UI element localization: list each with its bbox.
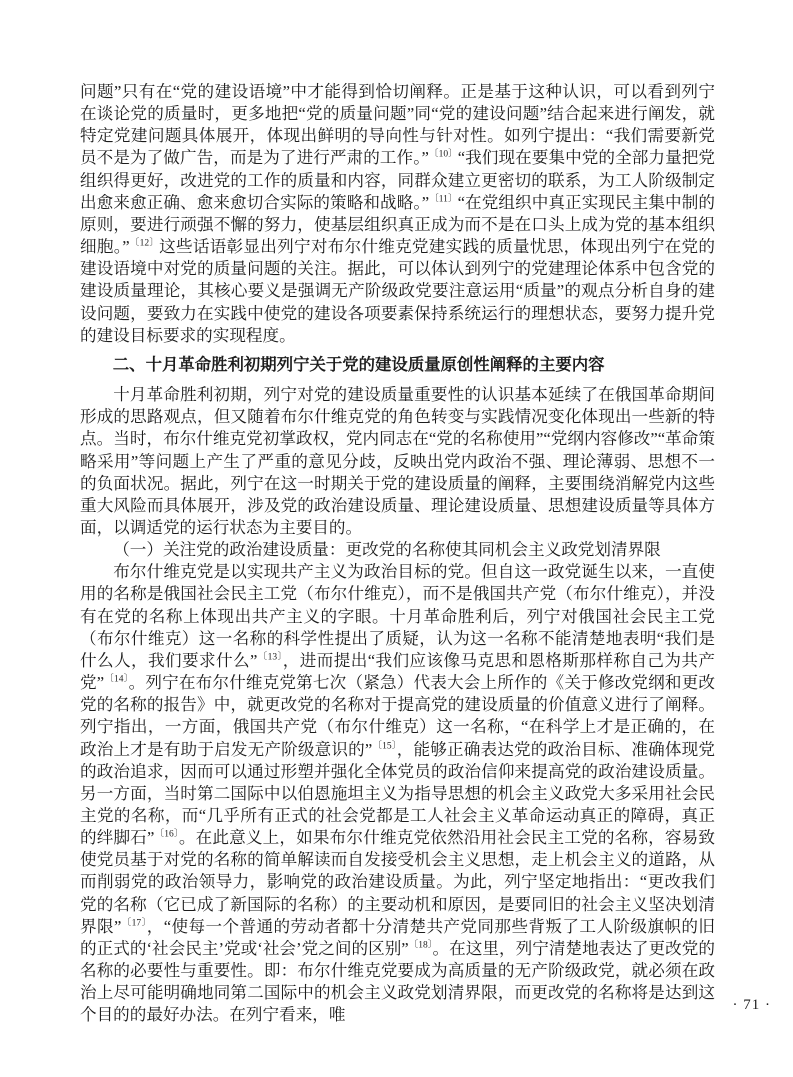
- page-number: · 71 ·: [733, 997, 772, 1014]
- paragraph: 问题”只有在“党的建设语境”中才能得到恰切阐释。正是基于这种认识，可以看到列宁在…: [80, 81, 715, 347]
- footnote-ref: 〔16〕: [154, 830, 178, 840]
- footnote-ref: 〔12〕: [130, 239, 160, 249]
- paragraph: 十月革命胜利初期，列宁对党的建设质量重要性的认识基本延续了在俄国革命期间形成的思…: [80, 384, 715, 539]
- footnote-ref: 〔14〕: [104, 675, 128, 685]
- paragraph: 布尔什维克党是以实现共产主义为政治目标的党。但自这一政党诞生以来，一直使用的名称…: [80, 561, 715, 1026]
- footnote-ref: 〔13〕: [257, 652, 282, 662]
- document-page: 问题”只有在“党的建设语境”中才能得到恰切阐释。正是基于这种认识，可以看到列宁在…: [0, 0, 793, 1077]
- footnote-ref: 〔11〕: [429, 194, 457, 204]
- footnote-ref: 〔18〕: [409, 940, 433, 950]
- footnote-ref: 〔10〕: [429, 150, 458, 160]
- article-content: 问题”只有在“党的建设语境”中才能得到恰切阐释。正是基于这种认识，可以看到列宁在…: [80, 81, 715, 1027]
- footnote-ref: 〔15〕: [372, 741, 396, 751]
- section-heading: 二、十月革命胜利初期列宁关于党的建设质量原创性阐释的主要内容: [80, 354, 715, 376]
- footnote-ref: 〔17〕: [121, 918, 146, 928]
- subsection-heading: （一）关注党的政治建设质量：更改党的名称使其同机会主义政党划清界限: [80, 539, 715, 561]
